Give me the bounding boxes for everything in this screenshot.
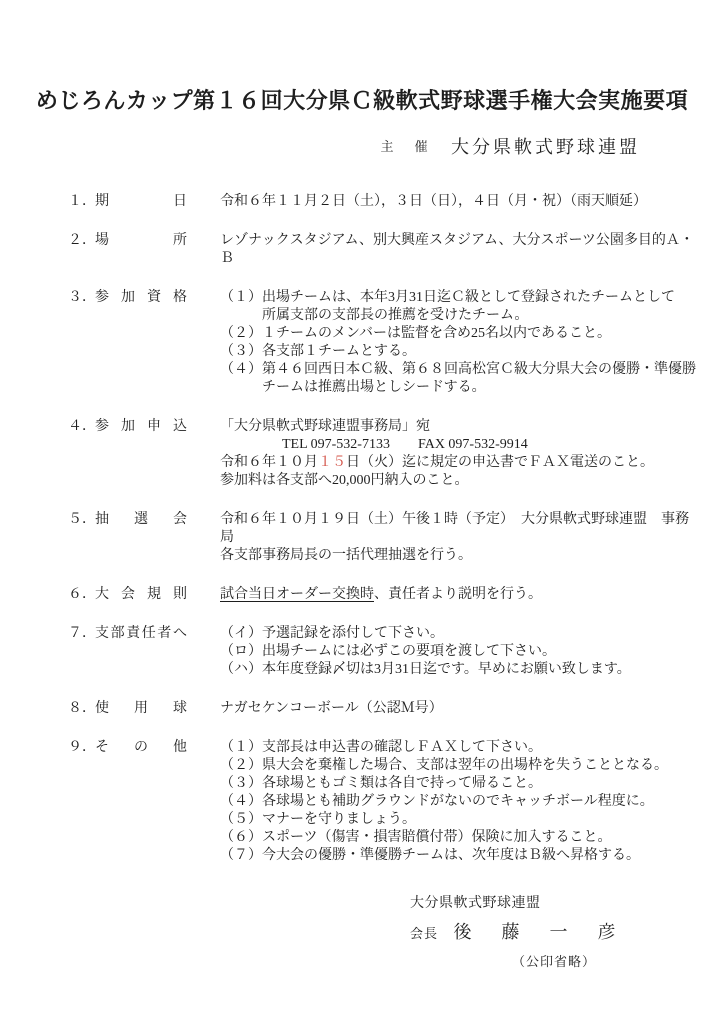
item-text: 各球場とも補助グラウンドがないのでキャッチボール程度に。 <box>262 793 696 811</box>
item-text: レゾナックスタジアム、別大興産スタジアム、大分スポーツ公園多目的Ａ・Ｂ <box>220 232 696 268</box>
item-marker: （５） <box>220 811 262 829</box>
text-line: 所属支部の支部長の推薦を受けたチーム。 <box>262 307 696 325</box>
section-content: 「大分県軟式野球連盟事務局」宛TEL 097-532-7133 FAX 097-… <box>220 418 696 490</box>
text-segment: 本年度登録〆切は3月31日迄です。早めにお願い致します。 <box>262 662 631 677</box>
text-segment: 県大会を棄権した場合、支部は翌年の出場枠を失うこととなる。 <box>262 758 668 773</box>
section-number: ２． <box>68 232 95 250</box>
text-segment: レゾナックスタジアム、別大興産スタジアム、大分スポーツ公園多目的Ａ・Ｂ <box>220 233 694 266</box>
content-item: （２）１チームのメンバーは監督を含め25名以内であること。 <box>220 325 696 343</box>
text-segment: 今大会の優勝・準優勝チームは、次年度はＢ級へ昇格する。 <box>262 848 640 863</box>
text-line: １チームのメンバーは監督を含め25名以内であること。 <box>262 325 696 343</box>
text-segment: 出場チームには必ずこの要項を渡して下さい。 <box>262 644 556 659</box>
item-marker: （ロ） <box>220 643 262 661</box>
section-number: ９． <box>68 739 95 757</box>
item-marker: （１） <box>220 739 262 757</box>
text-segment: １５ <box>318 455 346 470</box>
text-segment: 日（火）迄に規定の申込書でＦＡＸ電送のこと。 <box>346 455 654 470</box>
section-row: ５．抽選会令和６年１０月１９日（土）午後１時（予定） 大分県軟式野球連盟 事務局… <box>68 511 696 565</box>
item-marker: （４） <box>220 793 262 811</box>
text-line: ナガセケンコーボール（公認Ｍ号） <box>220 700 696 718</box>
text-segment: 、責任者より説明を行う。 <box>374 587 542 602</box>
content-item: （４）第４６回西日本Ｃ級、第６８回高松宮Ｃ級大分県大会の優勝・準優勝チームは推薦… <box>220 361 696 397</box>
content-item: 参加料は各支部へ20,000円納入のこと。 <box>220 472 696 490</box>
text-line: マナーを守りましょう。 <box>262 811 696 829</box>
item-marker: （イ） <box>220 625 262 643</box>
section-content: （１）支部長は申込書の確認しＦＡＸして下さい。（２）県大会を棄権した場合、支部は… <box>220 739 696 865</box>
text-segment: 各支部事務局長の一括代理抽選を行う。 <box>220 548 472 563</box>
text-line: 支部長は申込書の確認しＦＡＸして下さい。 <box>262 739 696 757</box>
text-segment: 参加料は各支部へ20,000円納入のこと。 <box>220 473 469 488</box>
text-segment: 令和６年１１月２日（土），３日（日），４日（月・祝）（雨天順延） <box>220 194 647 209</box>
section-heading: ２．場所 <box>68 232 220 250</box>
president-name: 後 藤 一 彦 <box>454 922 622 942</box>
section-row: １．期日令和６年１１月２日（土），３日（日），４日（月・祝）（雨天順延） <box>68 193 696 211</box>
content-item: （７）今大会の優勝・準優勝チームは、次年度はＢ級へ昇格する。 <box>220 847 696 865</box>
section-row: ３．参加資格（１）出場チームは、本年3月31日迄Ｃ級として登録されたチームとして… <box>68 289 696 397</box>
item-marker: （７） <box>220 847 262 865</box>
text-line: 各支部１チームとする。 <box>262 343 696 361</box>
content-item: （３）各球場ともゴミ類は各自で持って帰ること。 <box>220 775 696 793</box>
text-segment: 所属支部の支部長の推薦を受けたチーム。 <box>262 308 528 323</box>
sections-list: １．期日令和６年１１月２日（土），３日（日），４日（月・祝）（雨天順延）２．場所… <box>0 193 724 865</box>
text-line: 令和６年１０月１９日（土）午後１時（予定） 大分県軟式野球連盟 事務局 <box>220 511 696 547</box>
text-line: 今大会の優勝・準優勝チームは、次年度はＢ級へ昇格する。 <box>262 847 696 865</box>
text-segment: スポーツ（傷害・損害賠償付帯）保険に加入すること。 <box>262 830 611 845</box>
section-content: ナガセケンコーボール（公認Ｍ号） <box>220 700 696 718</box>
section-number: ８． <box>68 700 95 718</box>
content-item: 令和６年１０月１９日（土）午後１時（予定） 大分県軟式野球連盟 事務局各支部事務… <box>220 511 696 565</box>
item-marker: （６） <box>220 829 262 847</box>
section-heading: １．期日 <box>68 193 220 211</box>
text-line: 「大分県軟式野球連盟事務局」宛 <box>220 418 696 436</box>
text-line: TEL 097-532-7133 FAX 097-532-9914 <box>282 436 696 454</box>
section-number: ６． <box>68 586 95 604</box>
section-row: ９．その他（１）支部長は申込書の確認しＦＡＸして下さい。（２）県大会を棄権した場… <box>68 739 696 865</box>
section-heading: ４．参加申込 <box>68 418 220 436</box>
section-heading: ８．使用球 <box>68 700 220 718</box>
text-segment: １チームのメンバーは監督を含め25名以内であること。 <box>262 326 611 341</box>
text-line: 令和６年１０月１５日（火）迄に規定の申込書でＦＡＸ電送のこと。 <box>220 454 696 472</box>
section-label: 参加申込 <box>95 418 187 436</box>
seal-omitted-note: （公印省略） <box>512 953 724 971</box>
item-text: 支部長は申込書の確認しＦＡＸして下さい。 <box>262 739 696 757</box>
document-page: めじろんカップ第１６回大分県Ｃ級軟式野球選手権大会実施要項 主 催 大分県軟式野… <box>0 0 724 1024</box>
text-segment: 支部長は申込書の確認しＦＡＸして下さい。 <box>262 740 542 755</box>
item-text: 出場チームには必ずこの要項を渡して下さい。 <box>262 643 696 661</box>
section-content: （イ）予選記録を添付して下さい。（ロ）出場チームには必ずこの要項を渡して下さい。… <box>220 625 696 679</box>
section-label: 抽選会 <box>95 511 187 529</box>
section-label: 場所 <box>95 232 187 250</box>
item-marker: （２） <box>220 325 262 343</box>
section-row: ６．大会規則試合当日オーダー交換時、責任者より説明を行う。 <box>68 586 696 604</box>
text-segment: 出場チームは、本年3月31日迄Ｃ級として登録されたチームとして <box>262 290 675 305</box>
item-text: 令和６年１１月２日（土），３日（日），４日（月・祝）（雨天順延） <box>220 193 696 211</box>
text-segment: 「大分県軟式野球連盟事務局」宛 <box>220 419 430 434</box>
section-number: １． <box>68 193 95 211</box>
item-text: 令和６年１０月１５日（火）迄に規定の申込書でＦＡＸ電送のこと。 <box>220 454 696 472</box>
item-text: 予選記録を添付して下さい。 <box>262 625 696 643</box>
item-text: 「大分県軟式野球連盟事務局」宛 <box>220 418 696 436</box>
section-row: ８．使用球ナガセケンコーボール（公認Ｍ号） <box>68 700 696 718</box>
text-segment: TEL 097-532-7133 FAX 097-532-9914 <box>282 437 528 452</box>
text-segment: ナガセケンコーボール（公認Ｍ号） <box>220 701 443 716</box>
content-item: 試合当日オーダー交換時、責任者より説明を行う。 <box>220 586 696 604</box>
item-text: 試合当日オーダー交換時、責任者より説明を行う。 <box>220 586 696 604</box>
item-marker: （２） <box>220 757 262 775</box>
text-segment: マナーを守りましょう。 <box>262 812 416 827</box>
text-line: 各球場ともゴミ類は各自で持って帰ること。 <box>262 775 696 793</box>
item-text: 出場チームは、本年3月31日迄Ｃ級として登録されたチームとして所属支部の支部長の… <box>262 289 696 325</box>
text-segment: 各球場ともゴミ類は各自で持って帰ること。 <box>262 776 542 791</box>
content-item: （イ）予選記録を添付して下さい。 <box>220 625 696 643</box>
content-item: TEL 097-532-7133 FAX 097-532-9914 <box>282 436 696 454</box>
item-marker: （３） <box>220 775 262 793</box>
host-label: 主 催 <box>380 139 431 154</box>
section-label: その他 <box>95 739 187 757</box>
content-item: （１）支部長は申込書の確認しＦＡＸして下さい。 <box>220 739 696 757</box>
text-line: 各支部事務局長の一括代理抽選を行う。 <box>220 547 696 565</box>
item-text: TEL 097-532-7133 FAX 097-532-9914 <box>282 436 696 454</box>
text-line: スポーツ（傷害・損害賠償付帯）保険に加入すること。 <box>262 829 696 847</box>
text-line: 本年度登録〆切は3月31日迄です。早めにお願い致します。 <box>262 661 696 679</box>
content-item: （３）各支部１チームとする。 <box>220 343 696 361</box>
item-text: マナーを守りましょう。 <box>262 811 696 829</box>
text-segment: 各球場とも補助グラウンドがないのでキャッチボール程度に。 <box>262 794 654 809</box>
item-marker: （４） <box>220 361 262 379</box>
text-segment: 第４６回西日本Ｃ級、第６８回高松宮Ｃ級大分県大会の優勝・準優勝 <box>262 362 696 377</box>
section-content: 令和６年１１月２日（土），３日（日），４日（月・祝）（雨天順延） <box>220 193 696 211</box>
text-line: 第４６回西日本Ｃ級、第６８回高松宮Ｃ級大分県大会の優勝・準優勝 <box>262 361 696 379</box>
content-item: （２）県大会を棄権した場合、支部は翌年の出場枠を失うこととなる。 <box>220 757 696 775</box>
section-label: 使用球 <box>95 700 187 718</box>
content-item: 令和６年１１月２日（土），３日（日），４日（月・祝）（雨天順延） <box>220 193 696 211</box>
item-text: 今大会の優勝・準優勝チームは、次年度はＢ級へ昇格する。 <box>262 847 696 865</box>
item-text: 本年度登録〆切は3月31日迄です。早めにお願い致します。 <box>262 661 696 679</box>
section-heading: ７．支部責任者へ <box>68 625 220 643</box>
host-line: 主 催 大分県軟式野球連盟 <box>0 138 724 159</box>
content-item: 令和６年１０月１５日（火）迄に規定の申込書でＦＡＸ電送のこと。 <box>220 454 696 472</box>
item-marker: （ハ） <box>220 661 262 679</box>
item-text: ナガセケンコーボール（公認Ｍ号） <box>220 700 696 718</box>
section-row: ２．場所レゾナックスタジアム、別大興産スタジアム、大分スポーツ公園多目的Ａ・Ｂ <box>68 232 696 268</box>
text-line: 各球場とも補助グラウンドがないのでキャッチボール程度に。 <box>262 793 696 811</box>
president-title: 会長 <box>410 926 438 941</box>
section-label: 支部責任者へ <box>95 625 187 643</box>
section-number: ３． <box>68 289 95 307</box>
text-line: 令和６年１１月２日（土），３日（日），４日（月・祝）（雨天順延） <box>220 193 696 211</box>
item-text: １チームのメンバーは監督を含め25名以内であること。 <box>262 325 696 343</box>
text-line: 出場チームには必ずこの要項を渡して下さい。 <box>262 643 696 661</box>
content-item: （５）マナーを守りましょう。 <box>220 811 696 829</box>
section-number: ４． <box>68 418 95 436</box>
text-line: チームは推薦出場としシードする。 <box>262 379 696 397</box>
item-text: 県大会を棄権した場合、支部は翌年の出場枠を失うこととなる。 <box>262 757 696 775</box>
item-text: 参加料は各支部へ20,000円納入のこと。 <box>220 472 696 490</box>
text-line: 出場チームは、本年3月31日迄Ｃ級として登録されたチームとして <box>262 289 696 307</box>
section-heading: ５．抽選会 <box>68 511 220 529</box>
item-marker: （１） <box>220 289 262 307</box>
text-line: 予選記録を添付して下さい。 <box>262 625 696 643</box>
section-content: 令和６年１０月１９日（土）午後１時（予定） 大分県軟式野球連盟 事務局各支部事務… <box>220 511 696 565</box>
content-item: レゾナックスタジアム、別大興産スタジアム、大分スポーツ公園多目的Ａ・Ｂ <box>220 232 696 268</box>
text-segment: チームは推薦出場としシードする。 <box>262 380 486 395</box>
text-line: 県大会を棄権した場合、支部は翌年の出場枠を失うこととなる。 <box>262 757 696 775</box>
section-label: 参加資格 <box>95 289 187 307</box>
section-number: ７． <box>68 625 95 643</box>
section-number: ５． <box>68 511 95 529</box>
text-line: 試合当日オーダー交換時、責任者より説明を行う。 <box>220 586 696 604</box>
document-title: めじろんカップ第１６回大分県Ｃ級軟式野球選手権大会実施要項 <box>0 0 724 116</box>
content-item: （ロ）出場チームには必ずこの要項を渡して下さい。 <box>220 643 696 661</box>
section-row: ７．支部責任者へ（イ）予選記録を添付して下さい。（ロ）出場チームには必ずこの要項… <box>68 625 696 679</box>
item-marker: （３） <box>220 343 262 361</box>
content-item: （６）スポーツ（傷害・損害賠償付帯）保険に加入すること。 <box>220 829 696 847</box>
section-label: 大会規則 <box>95 586 187 604</box>
item-text: 令和６年１０月１９日（土）午後１時（予定） 大分県軟式野球連盟 事務局各支部事務… <box>220 511 696 565</box>
text-line: レゾナックスタジアム、別大興産スタジアム、大分スポーツ公園多目的Ａ・Ｂ <box>220 232 696 268</box>
section-content: （１）出場チームは、本年3月31日迄Ｃ級として登録されたチームとして所属支部の支… <box>220 289 696 397</box>
text-segment: 予選記録を添付して下さい。 <box>262 626 444 641</box>
item-text: スポーツ（傷害・損害賠償付帯）保険に加入すること。 <box>262 829 696 847</box>
section-heading: ９．その他 <box>68 739 220 757</box>
item-text: 各球場ともゴミ類は各自で持って帰ること。 <box>262 775 696 793</box>
section-label: 期日 <box>95 193 187 211</box>
text-line: 参加料は各支部へ20,000円納入のこと。 <box>220 472 696 490</box>
content-item: 「大分県軟式野球連盟事務局」宛 <box>220 418 696 436</box>
host-organization: 大分県軟式野球連盟 <box>451 137 640 157</box>
content-item: （ハ）本年度登録〆切は3月31日迄です。早めにお願い致します。 <box>220 661 696 679</box>
text-segment: 試合当日オーダー交換時 <box>220 587 374 602</box>
signature-block: 大分県軟式野球連盟 会長 後 藤 一 彦 （公印省略） <box>410 895 724 971</box>
content-item: （４）各球場とも補助グラウンドがないのでキャッチボール程度に。 <box>220 793 696 811</box>
section-content: 試合当日オーダー交換時、責任者より説明を行う。 <box>220 586 696 604</box>
section-content: レゾナックスタジアム、別大興産スタジアム、大分スポーツ公園多目的Ａ・Ｂ <box>220 232 696 268</box>
signature-president-line: 会長 後 藤 一 彦 <box>410 923 724 944</box>
section-heading: ３．参加資格 <box>68 289 220 307</box>
signature-organization: 大分県軟式野球連盟 <box>410 895 724 913</box>
text-segment: 令和６年１０月 <box>220 455 318 470</box>
text-segment: 令和６年１０月１９日（土）午後１時（予定） 大分県軟式野球連盟 事務局 <box>220 512 689 545</box>
content-item: ナガセケンコーボール（公認Ｍ号） <box>220 700 696 718</box>
item-text: 各支部１チームとする。 <box>262 343 696 361</box>
section-row: ４．参加申込「大分県軟式野球連盟事務局」宛TEL 097-532-7133 FA… <box>68 418 696 490</box>
content-item: （１）出場チームは、本年3月31日迄Ｃ級として登録されたチームとして所属支部の支… <box>220 289 696 325</box>
text-segment: 各支部１チームとする。 <box>262 344 416 359</box>
item-text: 第４６回西日本Ｃ級、第６８回高松宮Ｃ級大分県大会の優勝・準優勝チームは推薦出場と… <box>262 361 696 397</box>
section-heading: ６．大会規則 <box>68 586 220 604</box>
